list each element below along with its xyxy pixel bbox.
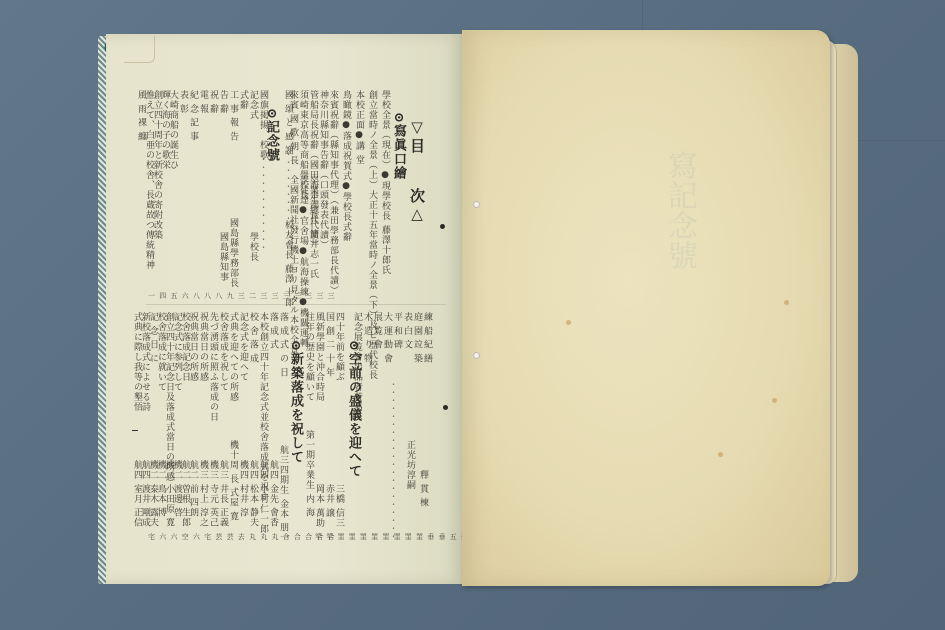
binding-hole: [474, 202, 479, 207]
toc-entry-author: 學校長: [248, 232, 258, 262]
toc-entry: 大 運 動 會: [382, 312, 392, 364]
toc-entry: 木 造 り 物: [362, 312, 372, 364]
toc-entry: 紀 念 記 事: [188, 90, 198, 142]
section-heading-photos: ⊙寫眞口繪: [393, 112, 403, 180]
toc-entry: 表 白 文: [402, 312, 412, 350]
toc-entry-author: 釋 貫 楝: [418, 470, 428, 508]
toc-entry: 校舍落成を祝して: [218, 312, 228, 392]
section-heading-prosperity: ⊙空前の盛儀を迎へて: [348, 340, 358, 478]
toc-entry-author: 正光坊淳嗣: [405, 440, 415, 490]
binding-hole: [474, 353, 479, 358]
toc-title-top: ▽目: [412, 118, 422, 155]
toc-entry: 庭 園 竝 築: [412, 312, 422, 364]
toc-entry: 神奈川縣知事告辭（口頭發表代讀）: [318, 90, 328, 250]
binding-hole: [443, 405, 448, 410]
toc-entry-author: 赤井 譲: [324, 484, 334, 518]
toc-entry: 式典に際し我等の墾悟: [132, 312, 142, 412]
toc-entry: 校 舍 落 成: [248, 312, 258, 364]
toc-entry: 平 和 碑: [392, 312, 402, 350]
toc-entry: 卒業生總代 簡井志一氏: [308, 175, 318, 279]
toc-entry: 国 創 二 十 年: [324, 312, 334, 377]
toc-entry-author: 航四 室月 正信: [132, 460, 142, 528]
toc-entry-author: 航四 金先 會香: [268, 460, 278, 528]
toc-entry: 表 彰: [178, 90, 188, 114]
toc-entry: 祝典當日の所感: [198, 312, 208, 382]
toc-entry: 祝 辭: [208, 90, 218, 114]
toc-entry-author: 機四 村井 淳: [238, 460, 248, 518]
toc-entry: 本校正面●講 堂: [354, 90, 364, 165]
toc-entry-author: 國島縣學務部長: [228, 218, 238, 288]
toc-entry-author: 第一期卒業生 内 海: [304, 430, 314, 518]
binding-hole: [440, 224, 445, 229]
toc-entry: 先づ湧頭に照ふ落成の日: [208, 312, 218, 422]
toc-entry: 式典を迎へての所感: [228, 312, 238, 402]
leader-dots: ・・・・・・・・・・・・: [258, 155, 268, 251]
toc-entry-author: 三橋 信三: [334, 484, 344, 528]
toc-entry: 工 事 報 告: [228, 90, 238, 142]
toc-entry: 式辭: [238, 90, 248, 110]
toc-entry: 電 報: [198, 90, 208, 114]
toc-entry: 鳥瞰鏡●落成祝賀式●學校長式辭: [341, 90, 351, 242]
lower-page-numbers: 宅 六 六 空 六 宅 芸 芸 去 丸 丸 丸 合 合 合 合 合: [148, 532, 336, 542]
leader-dots: ・・・・・・・・・・・・・・・・・・・・: [388, 380, 398, 540]
toc-entry-author: 機十周 長 式屋 寛: [228, 440, 238, 522]
open-book: ▽目 次△ ⊙寫眞口繪 學校全景（現在）●現學校長 藤澤十郎氏 創立當時ノ全景（…: [0, 0, 945, 630]
margin-mark: [132, 430, 138, 431]
foxing-stain: [718, 452, 723, 457]
toc-title-bottom: 次△: [412, 188, 422, 225]
toc-entry: 四十年前を顧ぶ: [334, 312, 344, 382]
toc-entry: 風 雨 裸 纏: [136, 90, 146, 142]
toc-entry-author: 航三四期生 金本 朋一: [278, 445, 288, 543]
poem-title: 國 頌 と 感 謝: [283, 90, 293, 155]
foxing-stain: [566, 320, 571, 325]
upper-page-numbers: 一 四 五 六 八 八 八 九 三 二 三 三 三 三 三 三 三: [148, 291, 336, 301]
toc-entry-author: 航三 井長 正義: [218, 460, 228, 528]
toc-entry-author: 航四 松本 静夫: [248, 460, 258, 528]
folded-corner: [124, 36, 155, 63]
toc-entry: 練 船 紀 繕: [422, 312, 432, 364]
toc-entry-author: 航四 小村仁一郎: [258, 460, 268, 534]
toc-entry: 學校全景（現在）●現學校長 藤澤十郎氏: [380, 90, 390, 275]
toc-entry: 落 成 式 の 日: [278, 312, 288, 377]
foxing-stain: [772, 398, 777, 403]
toc-entry: 記念式を迎へて: [238, 312, 248, 382]
toc-entry: 落 成 式: [268, 312, 278, 350]
toc-entry: 國旗掲揚、校歌: [258, 90, 268, 160]
toc-entry-author: 岡本 萬助: [314, 484, 324, 528]
blank-page: 寫記念號: [462, 30, 830, 586]
toc-entry: 來賓祝辭（縣知事代理）（兼田學務部長代讀）: [328, 90, 338, 296]
show-through-text: 寫記念號: [600, 150, 700, 340]
toc-entry: 記念式: [248, 90, 258, 120]
toc-entry: 告 辭: [218, 90, 228, 114]
toc-entry-author: 國島縣知事: [218, 232, 228, 282]
toc-entry: 展 覧 會: [372, 312, 382, 350]
toc-entry-author: 機三 村上 淳之: [198, 460, 208, 528]
section-heading-completion: ⊙新築落成を祝して: [290, 340, 300, 464]
foxing-stain: [784, 300, 789, 305]
toc-entry-author: 機三 寺元 英己: [208, 460, 218, 528]
toc-entry: 風新學園と沖合時局: [314, 312, 324, 402]
toc-entry: 往年の歴史を顧いて: [304, 312, 314, 402]
